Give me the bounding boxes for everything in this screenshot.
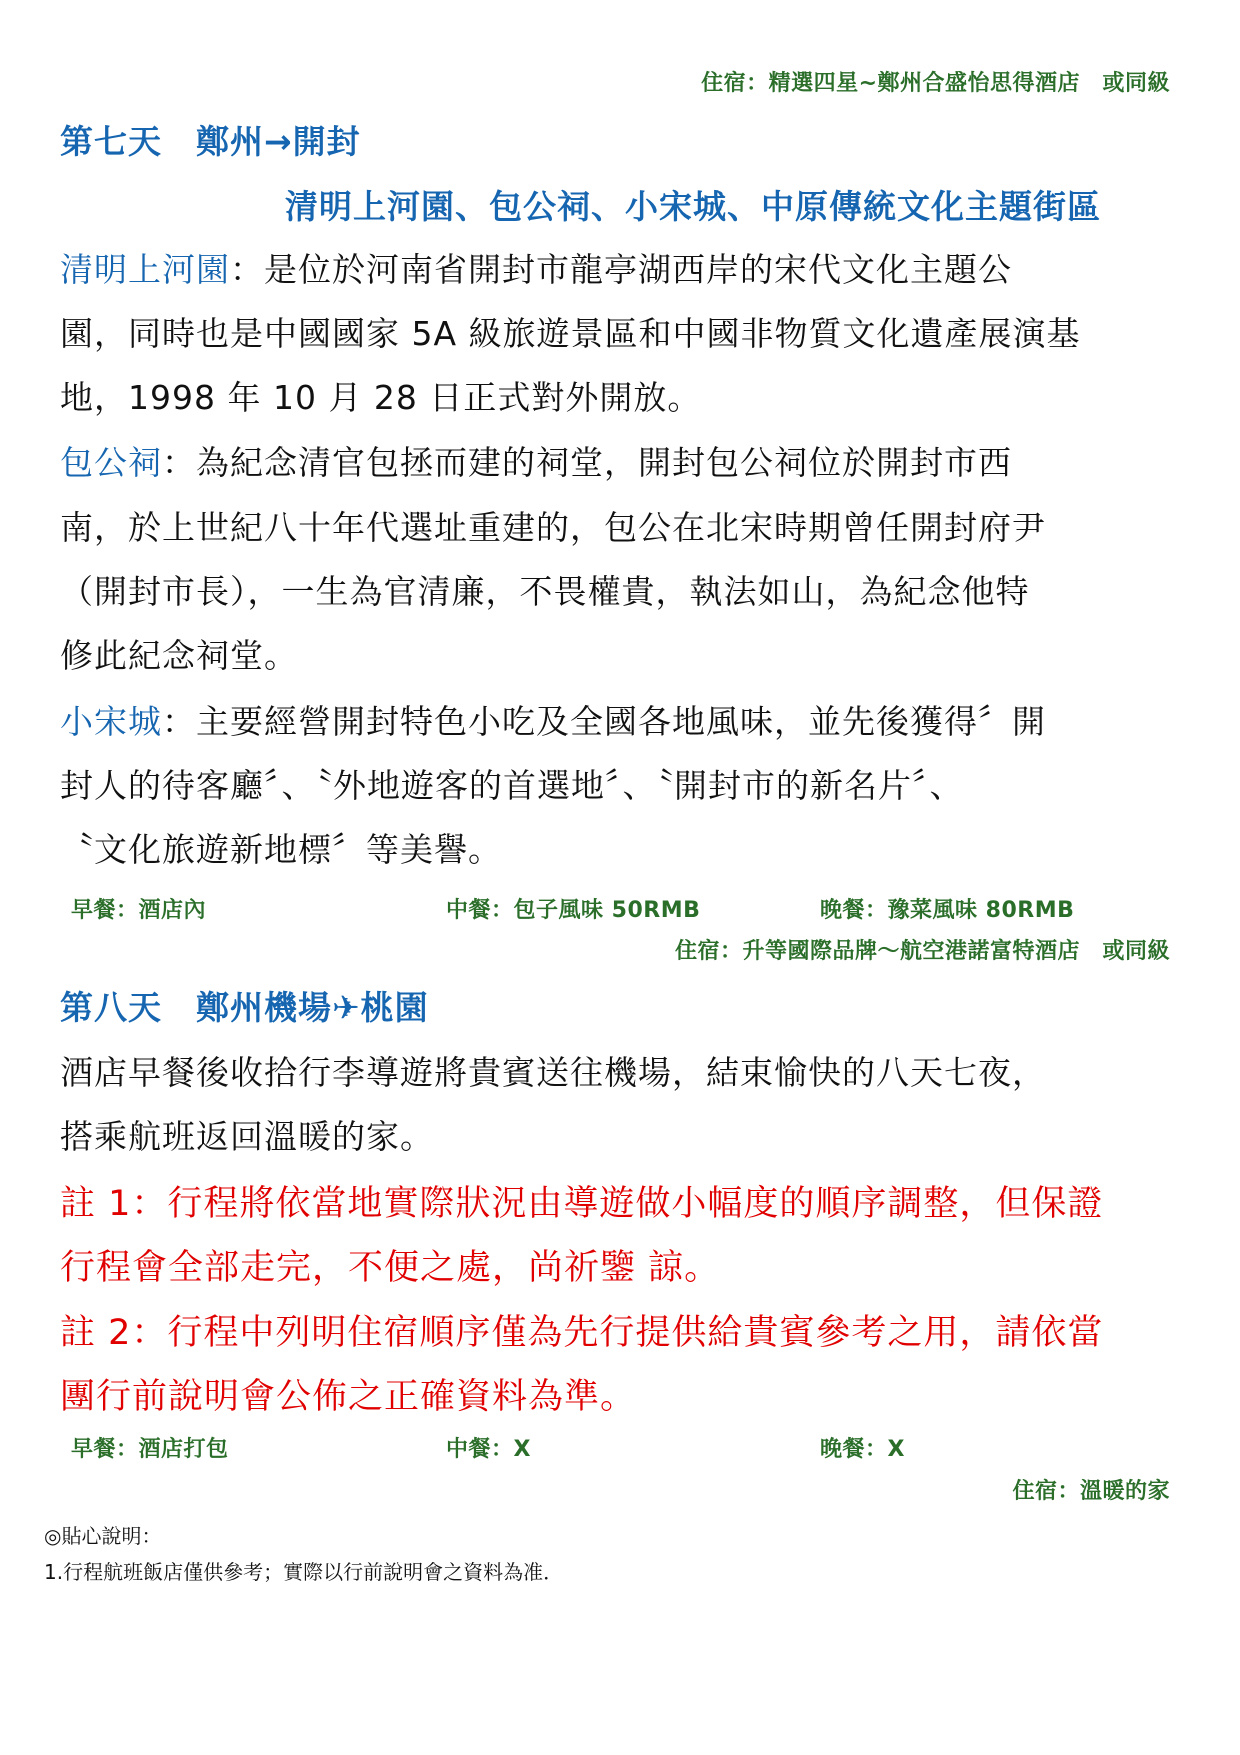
day8-title: 第八天 鄭州機場✈桃園 — [60, 982, 429, 1029]
footer-heading: ◎貼心說明： — [44, 1520, 161, 1549]
note-1-line-2: 行程會全部走完，不便之處，尚祈鑒 諒。 — [60, 1240, 720, 1290]
paragraph-text: ：主要經營開封特色小吃及全國各地風味，並先後獲得〞開 — [162, 702, 1046, 741]
attraction-label-xiaosong: 小宋城 — [60, 702, 162, 741]
accommodation-prev: 住宿：精選四星~鄭州合盛怡思得酒店 或同級 — [701, 66, 1170, 97]
day7-subtitle: 清明上河園、包公祠、小宋城、中原傳統文化主題街區 — [285, 181, 1101, 228]
attraction-label-baogong: 包公祠 — [60, 443, 162, 482]
day8-accommodation: 住宿：溫暖的家 — [1012, 1474, 1170, 1505]
day8-line-1: 酒店早餐後收拾行李導遊將貴賓送往機場，結束愉快的八天七夜， — [60, 1047, 1046, 1094]
day8-dinner: 晚餐：X — [820, 1432, 905, 1463]
paragraph-text: ：為紀念清官包拯而建的祠堂，開封包公祠位於開封市西 — [162, 443, 1012, 482]
paragraph-qingming-line-3: 地，1998 年 10 月 28 日正式對外開放。 — [60, 372, 701, 419]
paragraph-xiaosong-line-2: 封人的待客廳〞、〝外地遊客的首選地〞、〝開封市的新名片〞、 — [60, 760, 964, 807]
itinerary-page: 住宿：精選四星~鄭州合盛怡思得酒店 或同級 第七天 鄭州→開封 清明上河園、包公… — [0, 0, 1240, 1755]
paragraph-baogong-line-1: 包公祠：為紀念清官包拯而建的祠堂，開封包公祠位於開封市西 — [60, 437, 1012, 484]
day8-lunch: 中餐：X — [446, 1432, 531, 1463]
day7-dinner: 晚餐：豫菜風味 80RMB — [820, 893, 1074, 924]
paragraph-qingming-line-2: 園，同時也是中國國家 5A 級旅遊景區和中國非物質文化遺產展演基 — [60, 308, 1081, 355]
paragraph-xiaosong-line-1: 小宋城：主要經營開封特色小吃及全國各地風味，並先後獲得〞開 — [60, 696, 1046, 743]
attraction-label-qingming: 清明上河園 — [60, 250, 230, 289]
footer-item-1: 1.行程航班飯店僅供參考；實際以行前說明會之資料為准． — [44, 1556, 563, 1585]
note-2-line-1: 註 2：行程中列明住宿順序僅為先行提供給貴賓參考之用，請依當 — [60, 1305, 1103, 1355]
day7-title: 第七天 鄭州→開封 — [60, 116, 361, 163]
day7-breakfast: 早餐：酒店內 — [71, 893, 206, 924]
paragraph-baogong-line-2: 南，於上世紀八十年代選址重建的，包公在北宋時期曾任開封府尹 — [60, 502, 1046, 549]
paragraph-baogong-line-4: 修此紀念祠堂。 — [60, 630, 298, 677]
day8-breakfast: 早餐：酒店打包 — [71, 1432, 229, 1463]
paragraph-qingming-line-1: 清明上河園：是位於河南省開封市龍亭湖西岸的宋代文化主題公 — [60, 244, 1012, 291]
day7-lunch: 中餐：包子風味 50RMB — [446, 893, 700, 924]
note-1-line-1: 註 1：行程將依當地實際狀況由導遊做小幅度的順序調整，但保證 — [60, 1176, 1103, 1226]
paragraph-xiaosong-line-3: 〝文化旅遊新地標〞等美譽。 — [60, 824, 502, 871]
day7-accommodation: 住宿：升等國際品牌～航空港諾富特酒店 或同級 — [675, 934, 1170, 965]
paragraph-baogong-line-3: （開封市長），一生為官清廉，不畏權貴，執法如山，為紀念他特 — [60, 566, 1030, 613]
note-2-line-2: 團行前說明會公佈之正確資料為準。 — [60, 1369, 636, 1419]
day8-line-2: 搭乘航班返回溫暖的家。 — [60, 1111, 434, 1158]
paragraph-text: ：是位於河南省開封市龍亭湖西岸的宋代文化主題公 — [230, 250, 1012, 289]
